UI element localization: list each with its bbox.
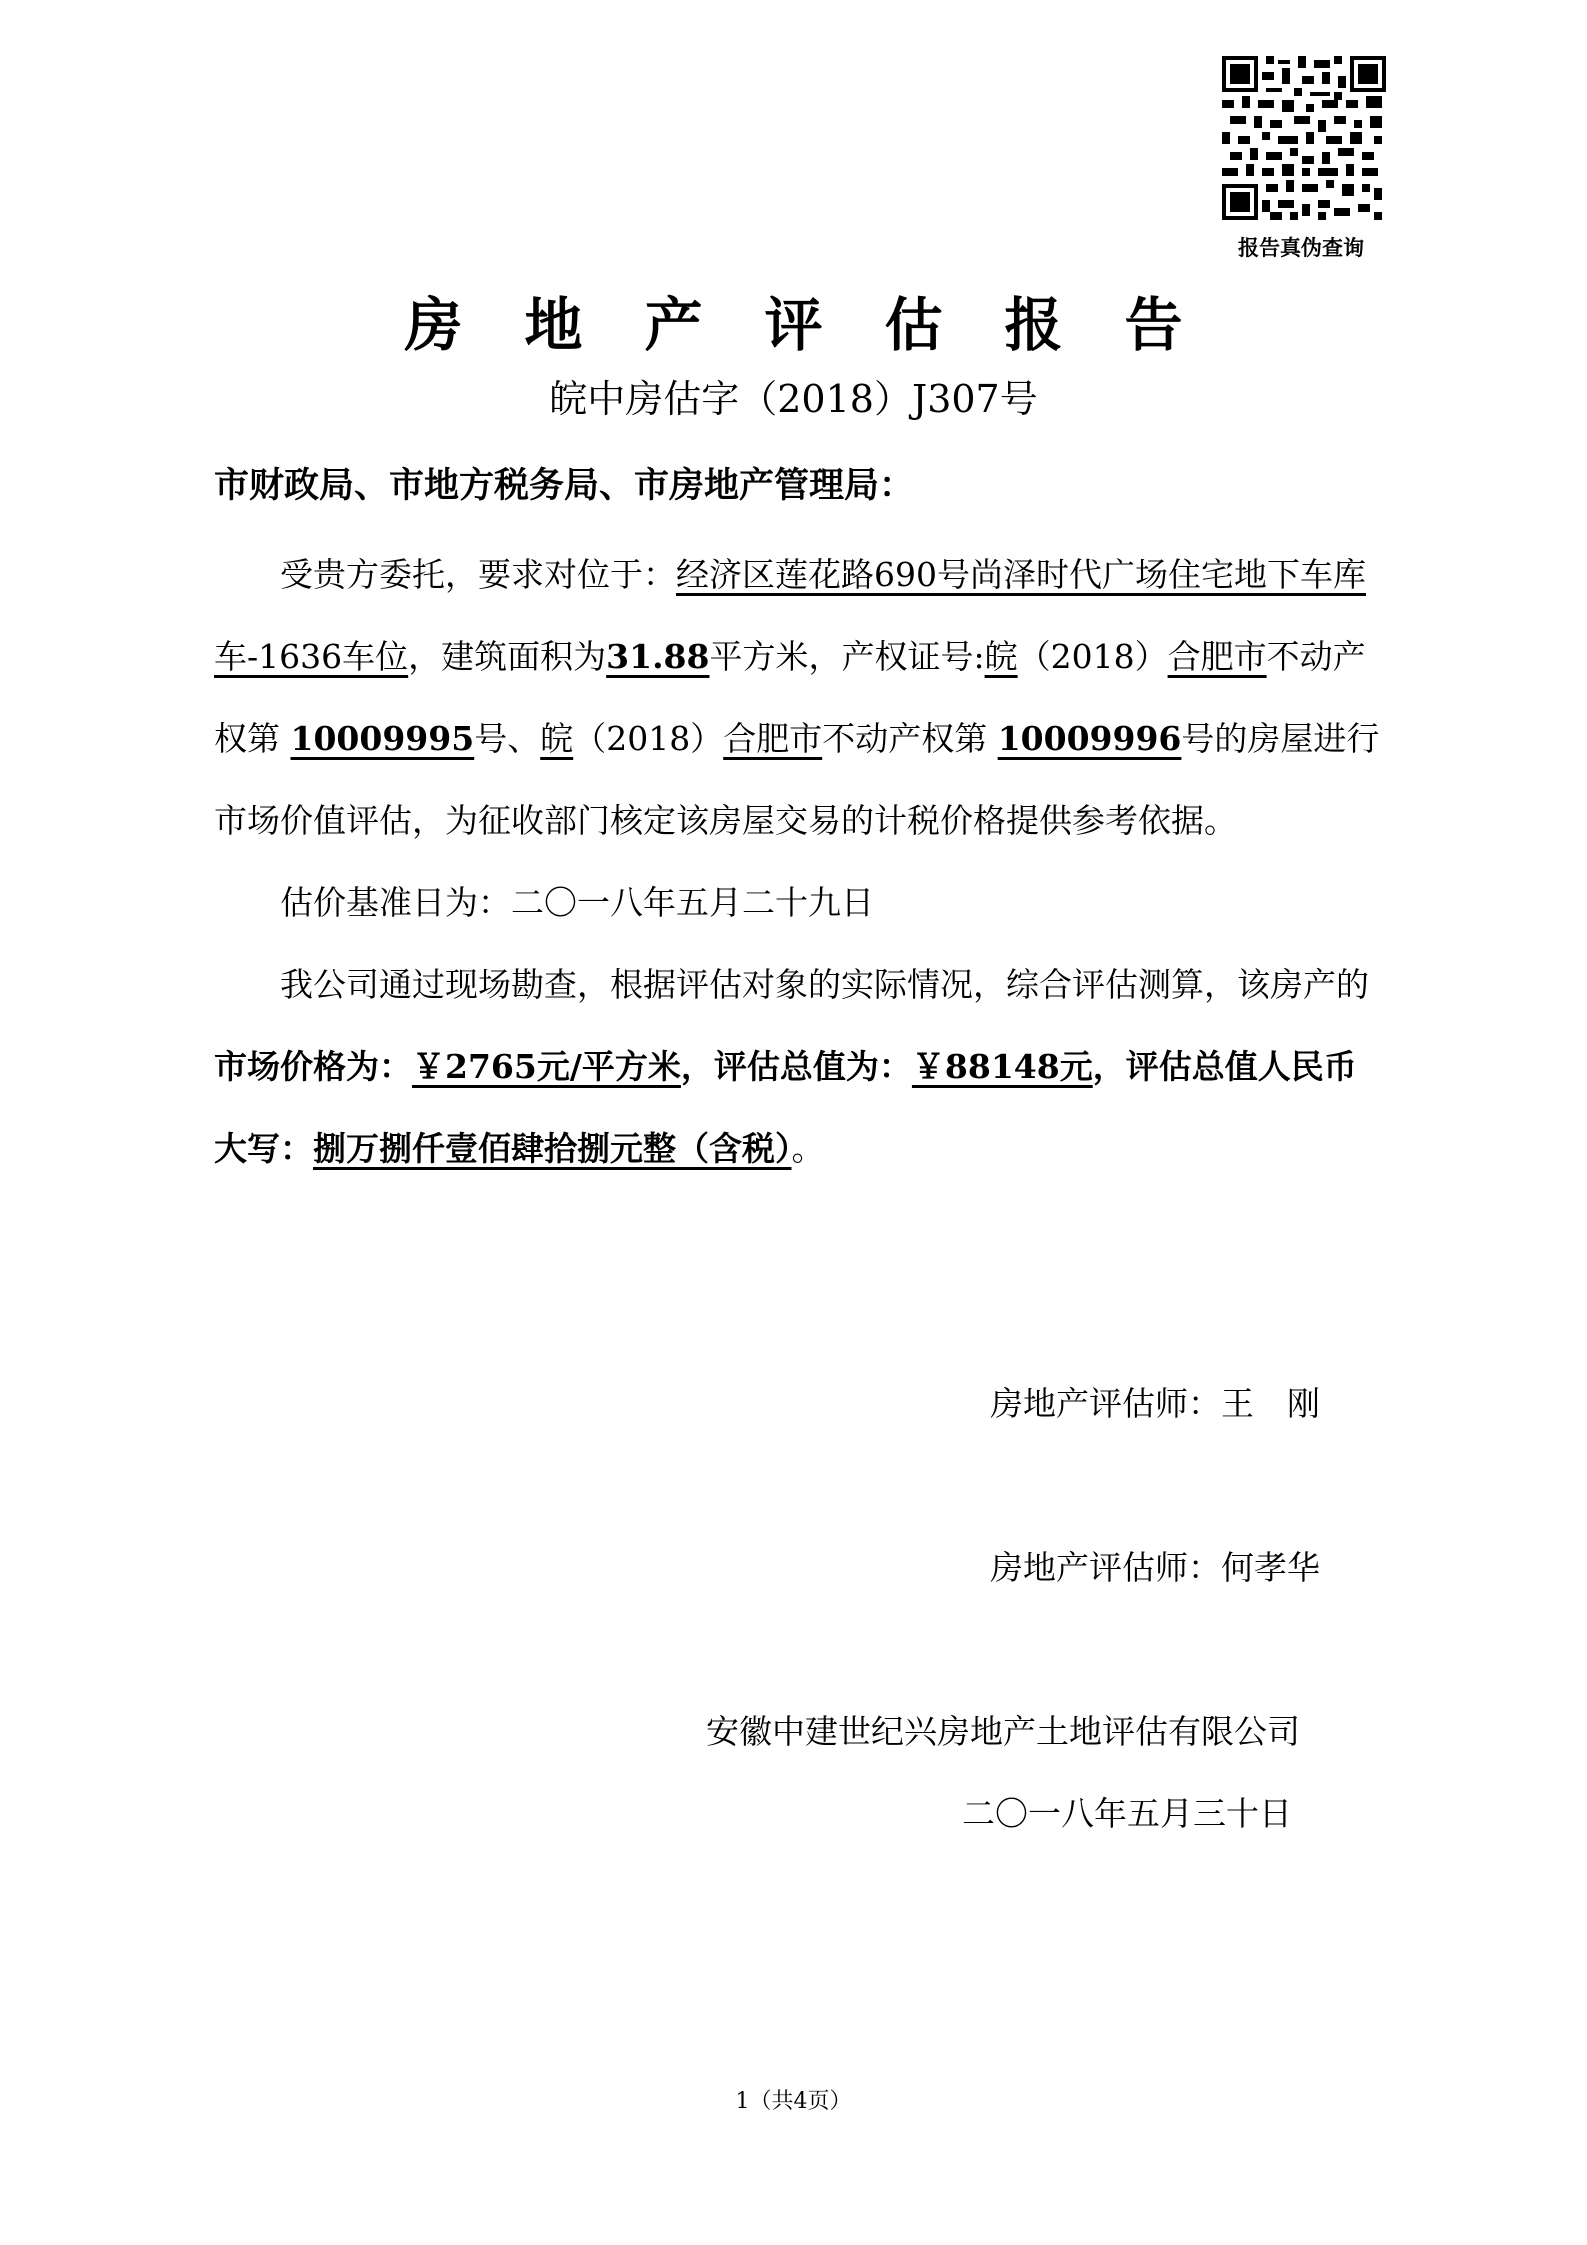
cert2-province: 皖 <box>540 719 573 758</box>
separator: ， <box>681 1047 714 1086</box>
valuation-date-label: 估价基准日为： <box>280 883 511 922</box>
report-title: 房地产评估报告 <box>0 278 1587 362</box>
unit-price: ￥2765元/平方米 <box>412 1047 681 1086</box>
title-char: 评 <box>764 278 822 362</box>
separator: ， <box>1093 1047 1126 1086</box>
title-char: 地 <box>524 278 582 362</box>
unit-price-label: 市场价格为： <box>214 1047 412 1086</box>
area-unit: 平方米，产权证号: <box>709 637 984 676</box>
paragraph-valuation-date: 估价基准日为：二〇一八年五月二十九日 <box>214 862 1384 944</box>
title-char: 产 <box>644 278 702 362</box>
report-date: 二〇一八年五月三十日 <box>962 1788 1292 1835</box>
page-number: 1（共4页） <box>0 2084 1587 2115</box>
commission-intro: 受贵方委托，要求对位于： <box>280 555 676 594</box>
area-label: ，建筑面积为 <box>408 637 606 676</box>
title-char: 告 <box>1125 278 1183 362</box>
verification-qr-code[interactable] <box>1222 56 1386 220</box>
appraiser-2-signature: 房地产评估师：何孝华 <box>990 1542 1320 1589</box>
company-name: 安徽中建世纪兴房地产土地评估有限公司 <box>706 1706 1300 1753</box>
qr-code-icon <box>1222 56 1386 220</box>
cert1-city: 合肥市 <box>1168 637 1267 676</box>
paragraph-result: 我公司通过现场勘查，根据评估对象的实际情况，综合评估测算，该房产的市场价格为：￥… <box>214 944 1384 1190</box>
qr-verification-label: 报告真伪查询 <box>1238 232 1364 262</box>
cert2-number: 10009996 <box>998 719 1182 758</box>
addressee: 市财政局、市地方税务局、市房地产管理局： <box>214 458 914 508</box>
cert2-year: （2018） <box>573 719 723 758</box>
appraiser-1-signature: 房地产评估师：王 刚 <box>990 1378 1320 1425</box>
paragraph-commission: 受贵方委托，要求对位于：经济区莲花路690号尚泽时代广场住宅地下车库车-1636… <box>214 534 1384 862</box>
cert2-city: 合肥市 <box>723 719 822 758</box>
cert1-province: 皖 <box>985 637 1018 676</box>
title-char: 房 <box>404 278 462 362</box>
cert2-label: 不动产权第 <box>822 719 987 758</box>
cert1-number: 10009995 <box>291 719 475 758</box>
title-char: 估 <box>885 278 943 362</box>
total-value: ￥88148元 <box>912 1047 1093 1086</box>
result-intro: 我公司通过现场勘查，根据评估对象的实际情况，综合评估测算，该房产的 <box>280 965 1369 1004</box>
cert1-suffix: 号、 <box>474 719 540 758</box>
valuation-date: 二〇一八年五月二十九日 <box>511 883 874 922</box>
total-value-in-words: 捌万捌仟壹佰肆拾捌元整（含税） <box>313 1129 792 1168</box>
document-number: 皖中房估字（2018）J307号 <box>0 368 1587 423</box>
building-area: 31.88 <box>606 637 709 676</box>
title-char: 报 <box>1005 278 1063 362</box>
total-value-label: 评估总值为： <box>714 1047 912 1086</box>
report-body: 受贵方委托，要求对位于：经济区莲花路690号尚泽时代广场住宅地下车库车-1636… <box>214 534 1384 1190</box>
cert1-year: （2018） <box>1018 637 1168 676</box>
period: 。 <box>792 1129 825 1168</box>
